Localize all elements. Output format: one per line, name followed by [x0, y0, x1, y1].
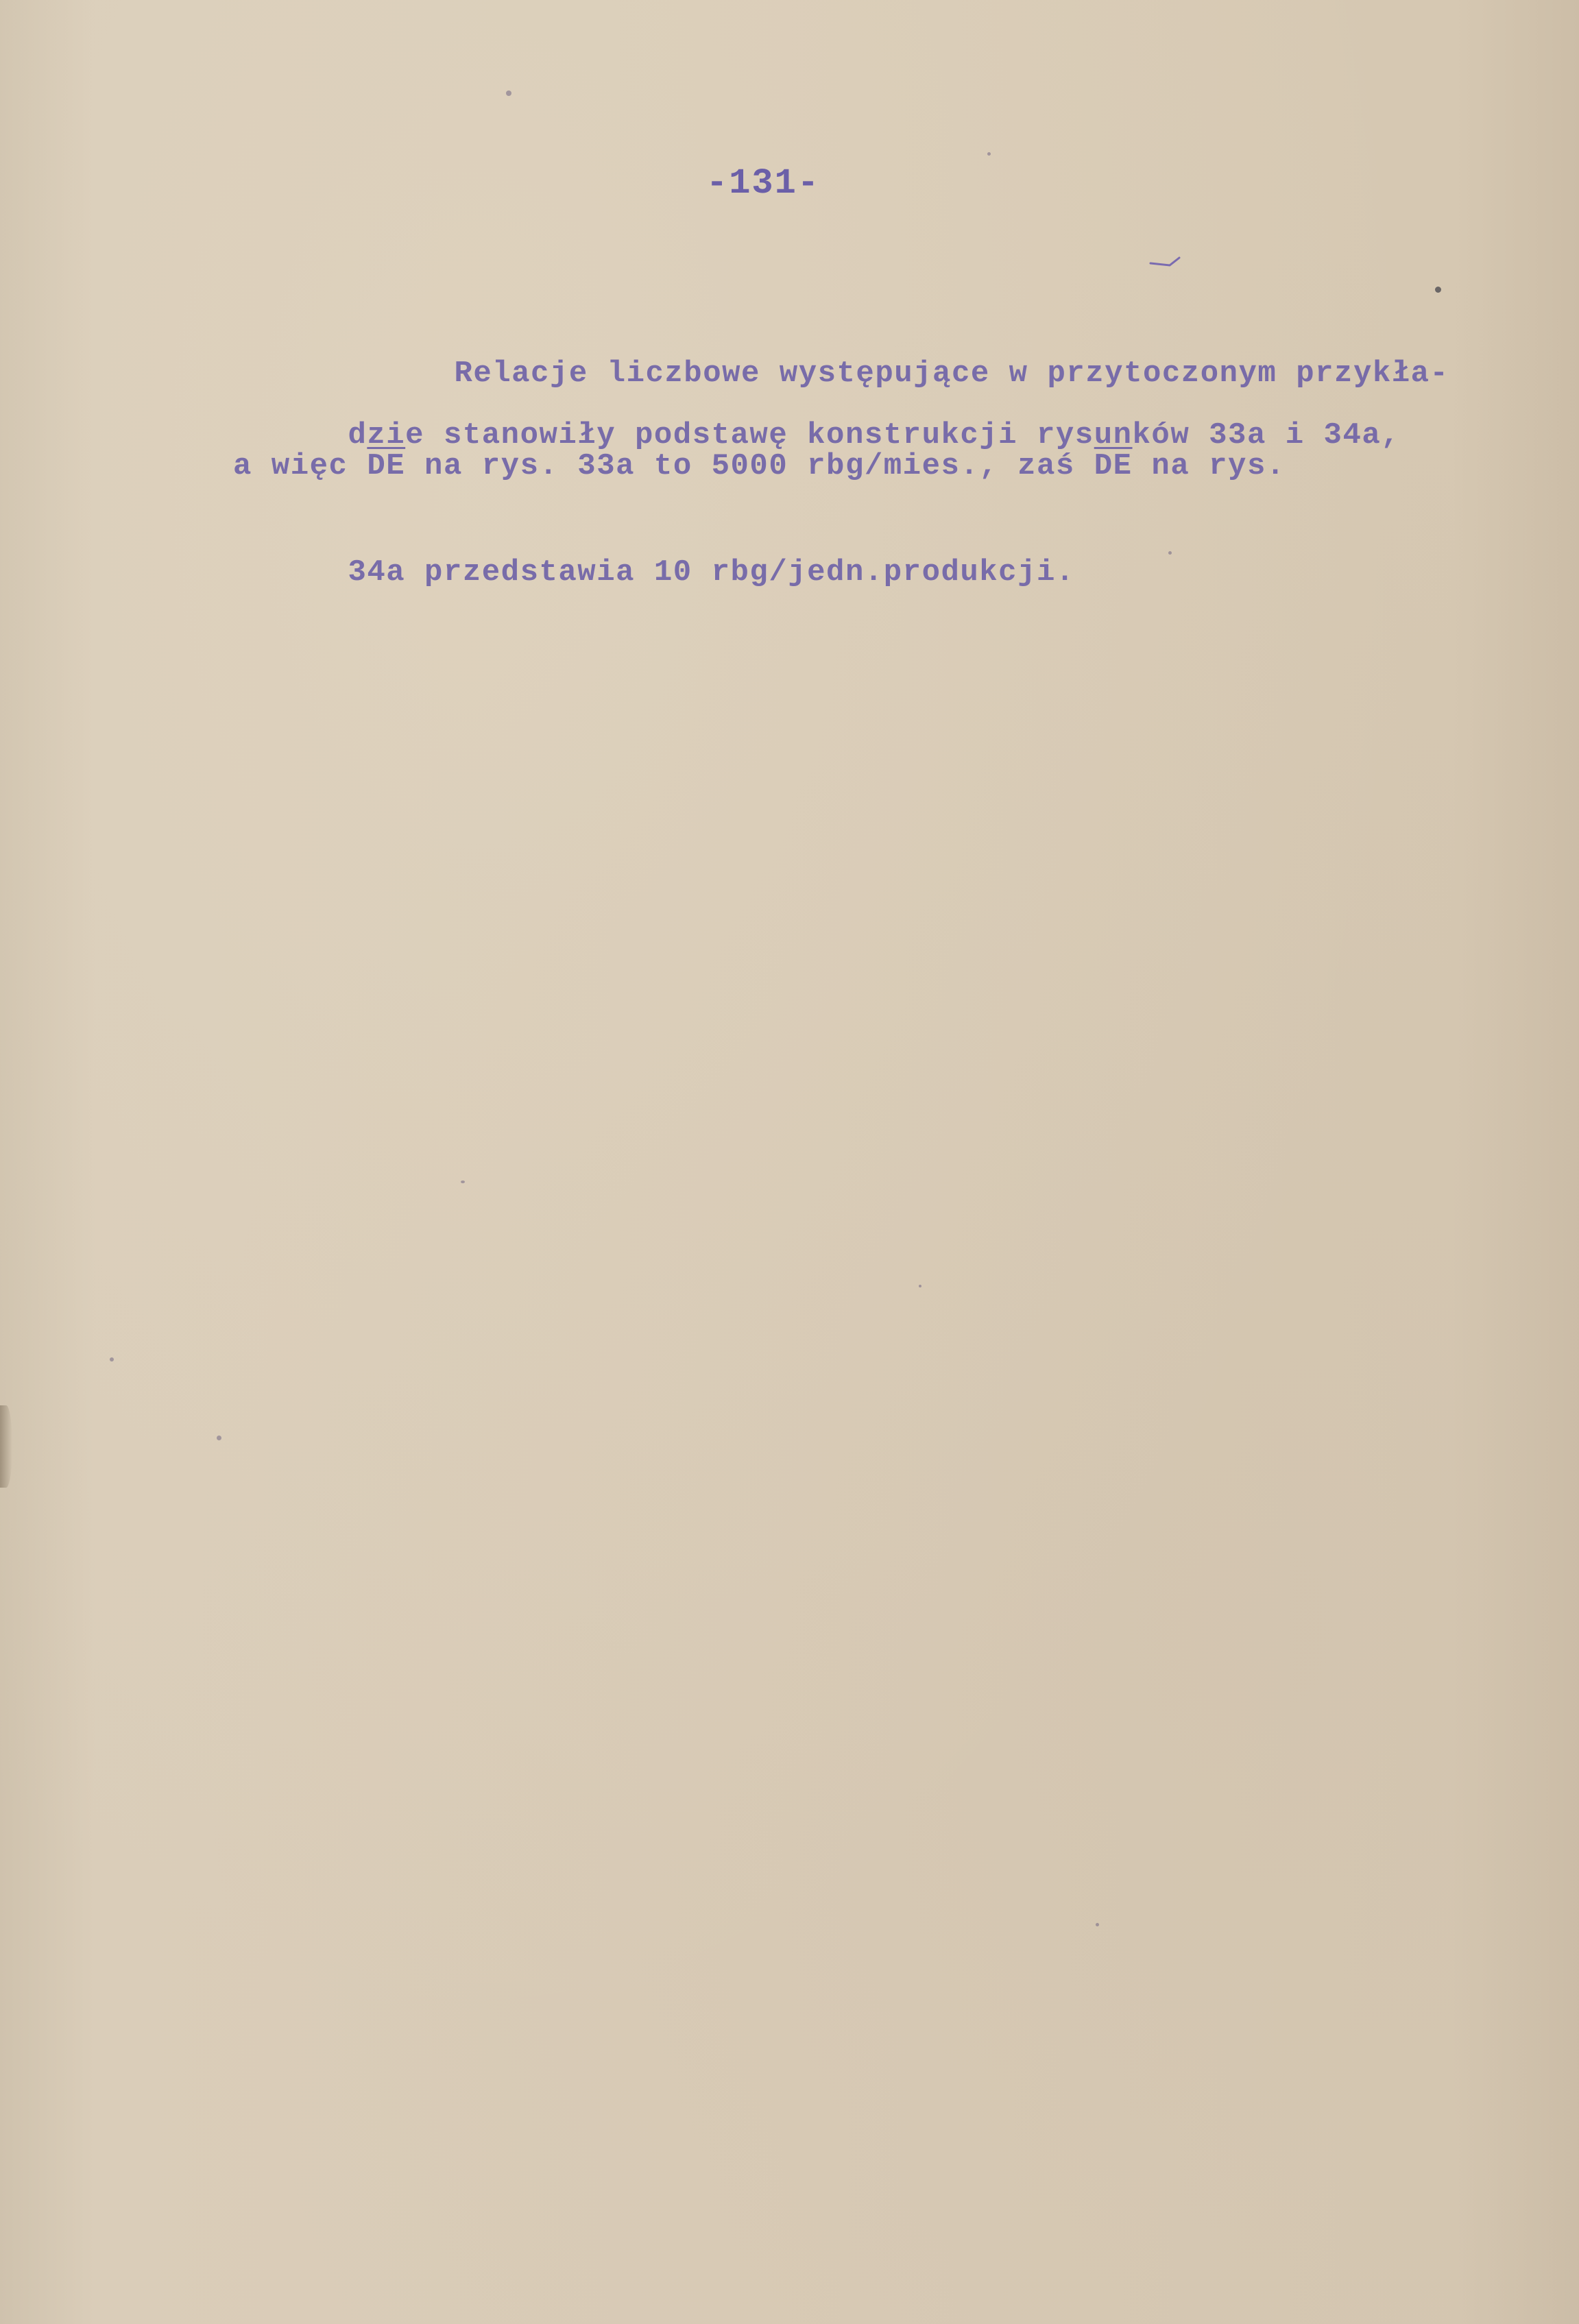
page-number: -131- — [706, 163, 820, 204]
paper-speck — [1096, 1923, 1099, 1926]
paper-speck — [217, 1436, 221, 1440]
paragraph-line-4: 34a przedstawia 10 rbg/jedn.produkcji. — [233, 521, 1075, 624]
line-text: a więc — [233, 449, 367, 483]
paragraph-line-3: a więc DE na rys. 33a to 5000 rbg/mies.,… — [233, 449, 1286, 483]
handwritten-tick-mark-icon — [1149, 255, 1185, 267]
line-text: 34a przedstawia 10 rbg/jedn.produkcji. — [348, 555, 1074, 590]
paper-speck — [110, 1357, 114, 1361]
paper-speck — [461, 1181, 465, 1183]
paper-speck — [1435, 287, 1441, 293]
document-page: -131- Relacje liczbowe występujące w prz… — [0, 0, 1579, 2324]
paper-speck — [506, 90, 511, 96]
scan-edge-shadow — [0, 1405, 12, 1488]
line-text: na rys. 33a to 5000 rbg/mies., zaś — [405, 449, 1094, 483]
paper-speck — [987, 152, 991, 156]
overlined-symbol-de-2: DE — [1094, 449, 1133, 483]
paper-speck — [1168, 551, 1172, 555]
line-text: na rys. — [1133, 449, 1286, 483]
paper-speck — [919, 1285, 921, 1287]
line-text: dzie stanowiły podstawę konstrukcji rysu… — [348, 418, 1400, 452]
overlined-symbol-de: DE — [367, 449, 405, 483]
